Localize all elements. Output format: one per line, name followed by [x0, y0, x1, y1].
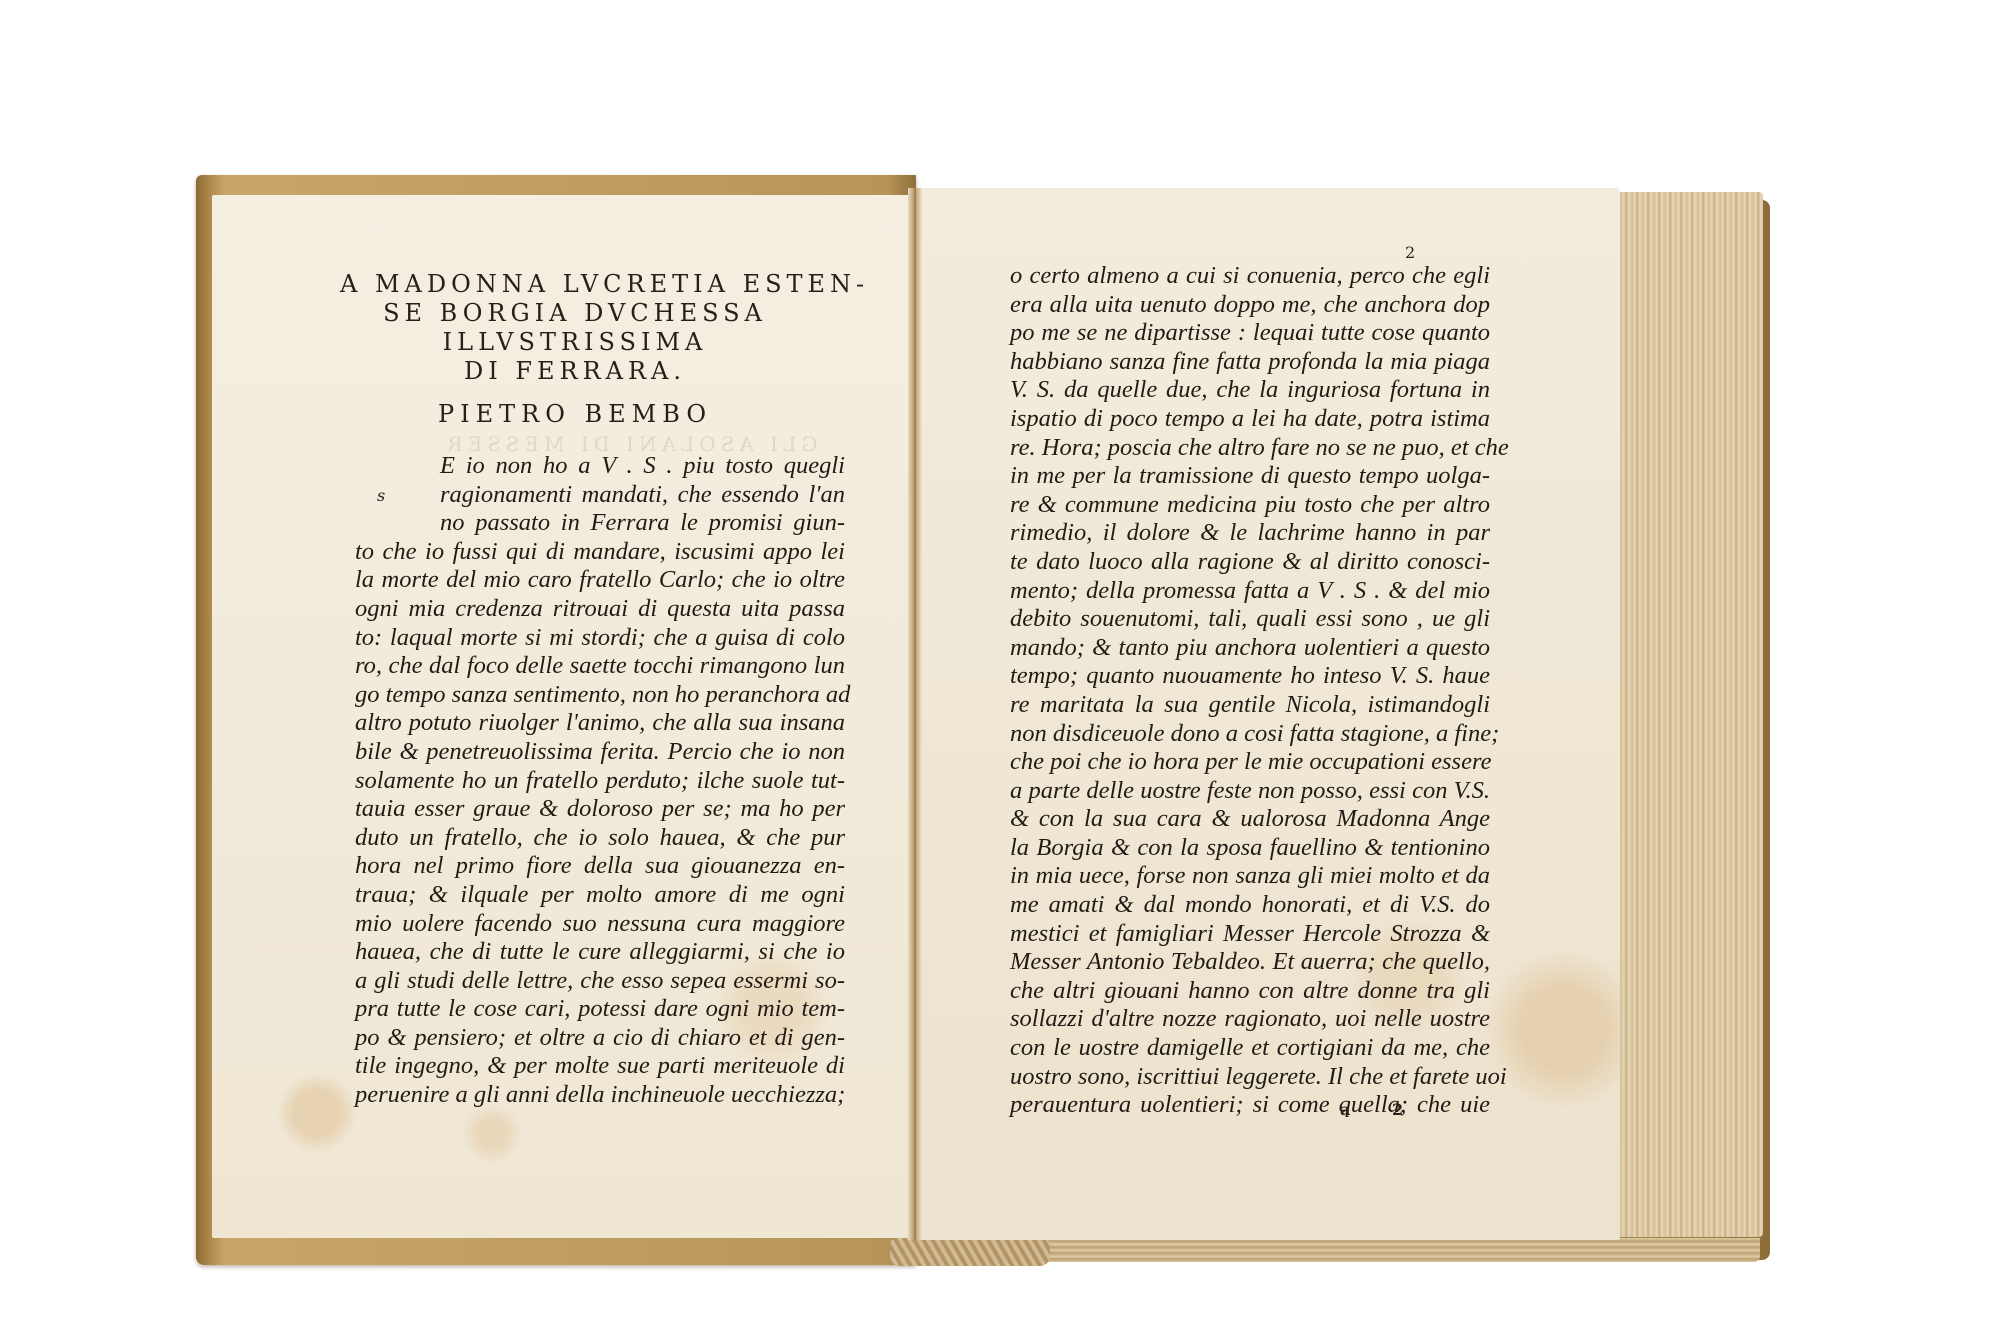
text-line: po & pensiero; et oltre a cio di chiaro …	[355, 1024, 845, 1053]
text-line: go tempo sanza sentimento, non ho peranc…	[355, 681, 845, 710]
text-line: no passato in Ferrara le promisi giun-	[355, 509, 845, 538]
text-line: pra tutte le cose cari, potessi dare ogn…	[355, 995, 845, 1024]
text-line: era alla uita uenuto doppo me, che ancho…	[1010, 291, 1490, 320]
folio-number: 2	[1405, 243, 1415, 262]
text-line: ro, che dal foco delle saette tocchi rim…	[355, 652, 845, 681]
text-line: ogni mia credenza ritrouai di questa uit…	[355, 595, 845, 624]
text-line: uostro sono, iscrittiui leggerete. Il ch…	[1010, 1063, 1490, 1092]
spine-headband	[890, 1236, 1050, 1266]
text-line: mio uolere facendo suo nessuna cura magg…	[355, 910, 845, 939]
text-line: te dato luoco alla ragione & al diritto …	[1010, 548, 1490, 577]
text-line: rimedio, il dolore & le lachrime hanno i…	[1010, 519, 1490, 548]
right-page-body: o certo almeno a cui si conuenia, perco …	[1010, 262, 1490, 1120]
text-line: ispatio di poco tempo a lei ha date, pot…	[1010, 405, 1490, 434]
text-line: non disdiceuole dono a cosi fatta stagio…	[1010, 720, 1490, 749]
text-line: tauia esser graue & doloroso per se; ma …	[355, 795, 845, 824]
author-name: PIETRO BEMBO	[340, 400, 810, 428]
text-line: re & commune medicina piu tosto che per …	[1010, 491, 1490, 520]
heading-line: A MADONNA LVCRETIA ESTEN-	[340, 270, 810, 299]
text-line: po me se ne dipartisse : lequai tutte co…	[1010, 319, 1490, 348]
text-line: altro potuto riuolger l'animo, che alla …	[355, 709, 845, 738]
text-line: in me per la tramissione di questo tempo…	[1010, 462, 1490, 491]
text-line: mestici et famigliari Messer Hercole Str…	[1010, 920, 1490, 949]
text-line: re maritata la sua gentile Nicola, istim…	[1010, 691, 1490, 720]
text-line: habbiano sanza fine fatta profonda la mi…	[1010, 348, 1490, 377]
text-line: bile & penetreuolissima ferita. Percio c…	[355, 738, 845, 767]
text-line: duto un fratello, che io solo hauea, & c…	[355, 824, 845, 853]
text-line: to che io fussi qui di mandare, iscusimi…	[355, 538, 845, 567]
text-line: a parte delle uostre feste non posso, es…	[1010, 777, 1490, 806]
signature-mark: a 2	[1340, 1100, 1421, 1119]
heading-line: SE BORGIA DVCHESSA	[340, 299, 810, 328]
text-line: & con la sua cara & ualorosa Madonna Ang…	[1010, 805, 1490, 834]
text-line: hauea, che di tutte le cure alleggiarmi,…	[355, 938, 845, 967]
text-line: Messer Antonio Tebaldeo. Et auerra; che …	[1010, 948, 1490, 977]
text-line: a gli studi delle lettre, che esso sepea…	[355, 967, 845, 996]
text-line: peruenire a gli anni della inchineuole u…	[355, 1081, 845, 1110]
fore-edge-pages	[1618, 192, 1763, 1237]
text-line: la Borgia & con la sposa fauellino & ten…	[1010, 834, 1490, 863]
bottom-edge-pages	[925, 1238, 1760, 1262]
text-line: re. Hora; poscia che altro fare no se ne…	[1010, 434, 1490, 463]
text-line: hora nel primo fiore della sua giouanezz…	[355, 852, 845, 881]
heading-line: ILLVSTRISSIMA	[340, 328, 810, 357]
text-line: E io non ho a V . S . piu tosto quegli	[355, 452, 845, 481]
text-line: ragionamenti mandati, che essendo l'an	[355, 481, 845, 510]
gutter	[908, 188, 922, 1240]
dedication-heading: A MADONNA LVCRETIA ESTEN- SE BORGIA DVCH…	[340, 270, 810, 386]
text-line: la morte del mio caro fratello Carlo; ch…	[355, 566, 845, 595]
text-line: o certo almeno a cui si conuenia, perco …	[1010, 262, 1490, 291]
text-line: con le uostre damigelle et cortigiani da…	[1010, 1034, 1490, 1063]
text-line: sollazzi d'altre nozze ragionato, uoi ne…	[1010, 1005, 1490, 1034]
text-line: mando; & tanto piu anchora uolentieri a …	[1010, 634, 1490, 663]
text-line: debito souenutomi, tali, quali essi sono…	[1010, 605, 1490, 634]
text-line: V. S. da quelle due, che la inguriosa fo…	[1010, 376, 1490, 405]
text-line: che altri giouani hanno con altre donne …	[1010, 977, 1490, 1006]
text-line: tempo; quanto nuouamente ho inteso V. S.…	[1010, 662, 1490, 691]
open-book: A MADONNA LVCRETIA ESTEN- SE BORGIA DVCH…	[0, 0, 2000, 1335]
text-line: to: laqual morte si mi stordi; che a gui…	[355, 624, 845, 653]
left-page-body: E io non ho a V . S . piu tosto quegli r…	[355, 452, 845, 1110]
text-line: mento; della promessa fatta a V . S . & …	[1010, 577, 1490, 606]
text-line: tile ingegno, & per molte sue parti meri…	[355, 1052, 845, 1081]
text-line: solamente ho un fratello perduto; ilche …	[355, 767, 845, 796]
heading-line: DI FERRARA.	[340, 357, 810, 386]
text-line: in mia uece, forse non sanza gli miei mo…	[1010, 862, 1490, 891]
text-line: traua; & ilquale per molto amore di me o…	[355, 881, 845, 910]
text-line: che poi che io hora per le mie occupatio…	[1010, 748, 1490, 777]
text-line: me amati & dal mondo honorati, et di V.S…	[1010, 891, 1490, 920]
